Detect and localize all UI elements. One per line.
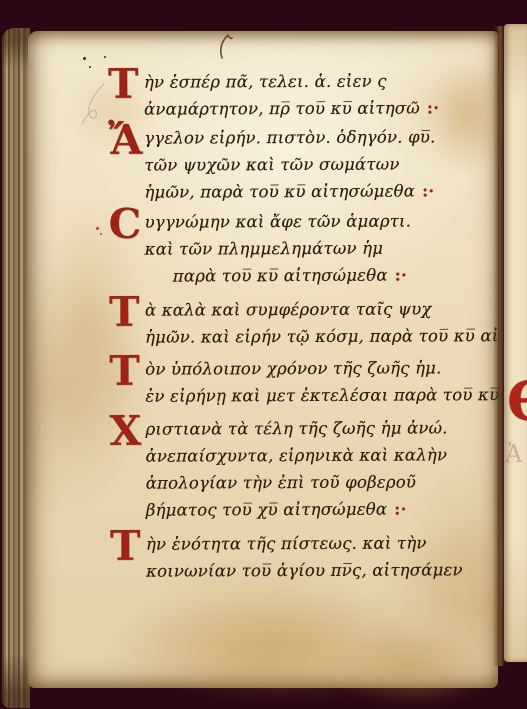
line-text: ὴν ἑσπέρ πᾶ, τελει. ἁ. εἰεν ς [144,72,387,92]
petition: Χριστιανὰ τὰ τέλη τῆς ζωῆς ἡμ ἀνώ.ἀνεπαί… [111,414,493,524]
faint-pen-scribble-mark [78,82,112,130]
line-text: ἀναμάρτητον, πρ̅ του̅ κυ̅ αἰτησῶ [144,98,420,118]
text-line: γγελον εἰρήν. πιστὸν. ὁδηγόν. φυ̅. [144,123,492,152]
text-line: υγγνώμην καὶ ἄφε τῶν ἁμαρτι. [144,207,492,236]
facing-page-partial-initial: Є [507,374,527,428]
text-line: βήματος του̅ χυ̅ αἰτησώμεθα:· [146,495,494,524]
rubric-end-mark: :· [395,266,407,285]
ink-dot [83,57,86,60]
rubric-initial-letter: Τ [109,351,140,392]
petition: Τὰ καλὰ καὶ συμφέροντα ταῖς ψυχἡμῶν. καὶ… [111,295,493,351]
line-text: ἀνεπαίσχυντα, εἰρηνικὰ καὶ καλὴν [146,445,448,465]
rubric-initial-letter: Τ [109,292,140,333]
rubric-initial-letter: Ἄ [108,120,142,161]
text-block: Τὴν ἑσπέρ πᾶ, τελει. ἁ. εἰεν ςἀναμάρτητο… [110,67,494,585]
book-spine-page-edges [2,28,30,708]
line-text: βήματος του̅ χυ̅ αἰτησώμεθα [146,500,388,520]
line-text: κοινωνίαν του̅ ἁγίου πν̅ς, αἰτησάμεν [146,560,463,580]
pen-flourish-mark [214,33,234,65]
rubric-initial-letter: Τ [108,64,139,105]
petition: Τὴν ἑνότητα τῆς πίστεως. καὶ τὴνκοινωνία… [112,529,494,585]
text-line: ὸν ὑπόλοιπον χρόνον τῆς ζωῆς ἡμ. [145,354,493,383]
text-line: ὴν ἑνότητα τῆς πίστεως. καὶ τὴν [146,529,494,558]
rubric-end-mark: :· [394,500,406,519]
line-text: ἀπολογίαν τὴν ἐπὶ τοῦ φοβεροῦ [146,473,417,493]
line-text: παρὰ του̅ κυ̅ αἰτησώμεθα [173,266,388,286]
line-text: ὸν ὑπόλοιπον χρόνον τῆς ζωῆς ἡμ. [145,358,441,378]
petition: Cυγγνώμην καὶ ἄφε τῶν ἁμαρτι.καὶ τῶν πλη… [110,207,492,290]
line-text: καὶ τῶν πλημμελημάτων ἡμ [145,239,384,259]
rubric-initial-letter: C [108,204,141,245]
text-line: καὶ τῶν πλημμελημάτων ἡμ [145,234,493,263]
rubric-initial-letter: Τ [110,526,141,567]
petition: Ἄγγελον εἰρήν. πιστὸν. ὁδηγόν. φυ̅.τῶν ψ… [110,123,492,206]
text-line: ὰ καλὰ καὶ συμφέροντα ταῖς ψυχ [145,295,493,324]
red-ink-speck [100,233,102,235]
text-line: ἀπολογίαν τὴν ἐπὶ τοῦ φοβεροῦ [146,468,494,497]
text-line: ἀνεπαίσχυντα, εἰρηνικὰ καὶ καλὴν [146,441,494,470]
facing-page-sliver: Є Ἀ [504,24,527,662]
line-text: ἡμῶν. καὶ εἰρήν τῷ κόσμ, παρὰ του̅ κυ̅ α… [145,326,499,347]
rubric-end-mark: :· [427,98,439,117]
line-text: ἐν εἰρήνῃ καὶ μετ ἐκτελέσαι παρὰ του̅ κυ… [145,385,499,406]
rubric-initial-letter: Χ [109,411,141,452]
text-line: παρὰ του̅ κυ̅ αἰτησώμεθα:· [173,261,493,289]
line-text: τῶν ψυχῶν καὶ τῶν σωμάτων [144,155,399,175]
petition: Τὸν ὑπόλοιπον χρόνον τῆς ζωῆς ἡμ.ἐν εἰρή… [111,354,493,410]
water-stain [118,591,448,701]
line-text: ὰ καλὰ καὶ συμφέροντα ταῖς ψυχ [145,299,432,319]
line-text: υγγνώμην καὶ ἄφε τῶν ἁμαρτι. [145,212,412,232]
facing-page-ghost-letter: Ἀ [505,440,522,468]
red-ink-speck [96,227,99,230]
ink-dot [104,56,106,58]
ink-dot [89,66,91,68]
manuscript-photo: Τὴν ἑσπέρ πᾶ, τελει. ἁ. εἰεν ςἀναμάρτητο… [0,0,527,709]
text-line: ριστιανὰ τὰ τέλη τῆς ζωῆς ἡμ ἀνώ. [145,414,493,443]
line-text: ὴν ἑνότητα τῆς πίστεως. καὶ τὴν [146,533,427,553]
text-line: ἡμῶν. καὶ εἰρήν τῷ κόσμ, παρὰ του̅ κυ̅ α… [145,322,493,351]
text-line: ἡμῶν, παρὰ του̅ κυ̅ αἰτησώμεθα:· [144,177,492,206]
line-text: ἡμῶν, παρὰ του̅ κυ̅ αἰτησώμεθα [144,182,415,202]
text-line: ἐν εἰρήνῃ καὶ μετ ἐκτελέσαι παρὰ του̅ κυ… [145,381,493,410]
text-line: κοινωνίαν του̅ ἁγίου πν̅ς, αἰτησάμεν [146,556,494,585]
line-text: ριστιανὰ τὰ τέλη τῆς ζωῆς ἡμ ἀνώ. [145,418,447,438]
line-text: γγελον εἰρήν. πιστὸν. ὁδηγόν. φυ̅. [144,127,435,147]
text-line: τῶν ψυχῶν καὶ τῶν σωμάτων [144,150,492,179]
water-stain [328,626,498,706]
petition: Τὴν ἑσπέρ πᾶ, τελει. ἁ. εἰεν ςἀναμάρτητο… [110,67,492,123]
text-line: ἀναμάρτητον, πρ̅ του̅ κυ̅ αἰτησῶ:· [144,94,492,123]
text-line: ὴν ἑσπέρ πᾶ, τελει. ἁ. εἰεν ς [144,67,492,96]
rubric-end-mark: :· [422,181,434,200]
